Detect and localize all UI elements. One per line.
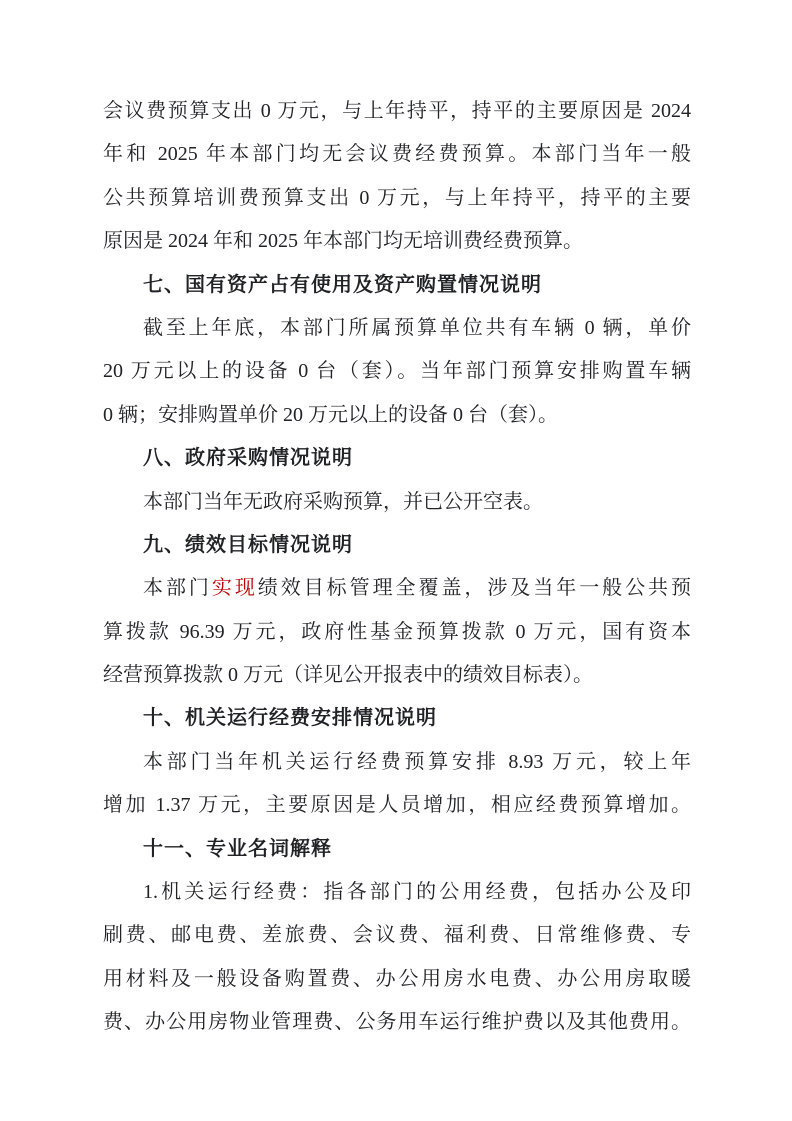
text-run: 绩效目标管理全覆盖，涉及当年一般公共预: [258, 577, 691, 599]
text-line: 0 辆；安排购置单价 20 万元以上的设备 0 台（套）。: [103, 394, 691, 437]
section-heading: 十、机关运行经费安排情况说明: [103, 697, 691, 740]
text-line: 会议费预算支出 0 万元，与上年持平，持平的主要原因是 2024: [103, 90, 691, 133]
text-line: 用材料及一般设备购置费、办公用房水电费、办公用房取暖: [103, 958, 691, 1001]
text-line: 本部门当年无政府采购预算，并已公开空表。: [103, 481, 691, 524]
text-line: 截至上年底，本部门所属预算单位共有车辆 0 辆，单价: [103, 307, 691, 350]
text-line: 本部门实现绩效目标管理全覆盖，涉及当年一般公共预: [103, 567, 691, 610]
document-page: 会议费预算支出 0 万元，与上年持平，持平的主要原因是 2024年和 2025 …: [0, 0, 792, 1121]
text-line: 增加 1.37 万元，主要原因是人员增加，相应经费预算增加。: [103, 784, 691, 827]
text-line: 原因是 2024 年和 2025 年本部门均无培训费经费预算。: [103, 220, 691, 263]
text-run: 本部门: [143, 577, 212, 599]
document-body: 会议费预算支出 0 万元，与上年持平，持平的主要原因是 2024年和 2025 …: [103, 90, 691, 1045]
red-highlighted-text: 实现: [212, 577, 258, 599]
section-heading: 九、绩效目标情况说明: [103, 524, 691, 567]
text-line: 费、办公用房物业管理费、公务用车运行维护费以及其他费用。: [103, 1001, 691, 1044]
text-line: 本部门当年机关运行经费预算安排 8.93 万元，较上年: [103, 741, 691, 784]
text-line: 1.机关运行经费：指各部门的公用经费，包括办公及印: [103, 871, 691, 914]
text-line: 刷费、邮电费、差旅费、会议费、福利费、日常维修费、专: [103, 914, 691, 957]
section-heading: 八、政府采购情况说明: [103, 437, 691, 480]
text-line: 公共预算培训费预算支出 0 万元，与上年持平，持平的主要: [103, 177, 691, 220]
text-line: 年和 2025 年本部门均无会议费经费预算。本部门当年一般: [103, 133, 691, 176]
text-line: 经营预算拨款 0 万元（详见公开报表中的绩效目标表）。: [103, 654, 691, 697]
section-heading: 七、国有资产占有使用及资产购置情况说明: [103, 264, 691, 307]
section-heading: 十一、专业名词解释: [103, 828, 691, 871]
text-line: 20 万元以上的设备 0 台（套）。当年部门预算安排购置车辆: [103, 350, 691, 393]
text-line: 算拨款 96.39 万元，政府性基金预算拨款 0 万元，国有资本: [103, 611, 691, 654]
